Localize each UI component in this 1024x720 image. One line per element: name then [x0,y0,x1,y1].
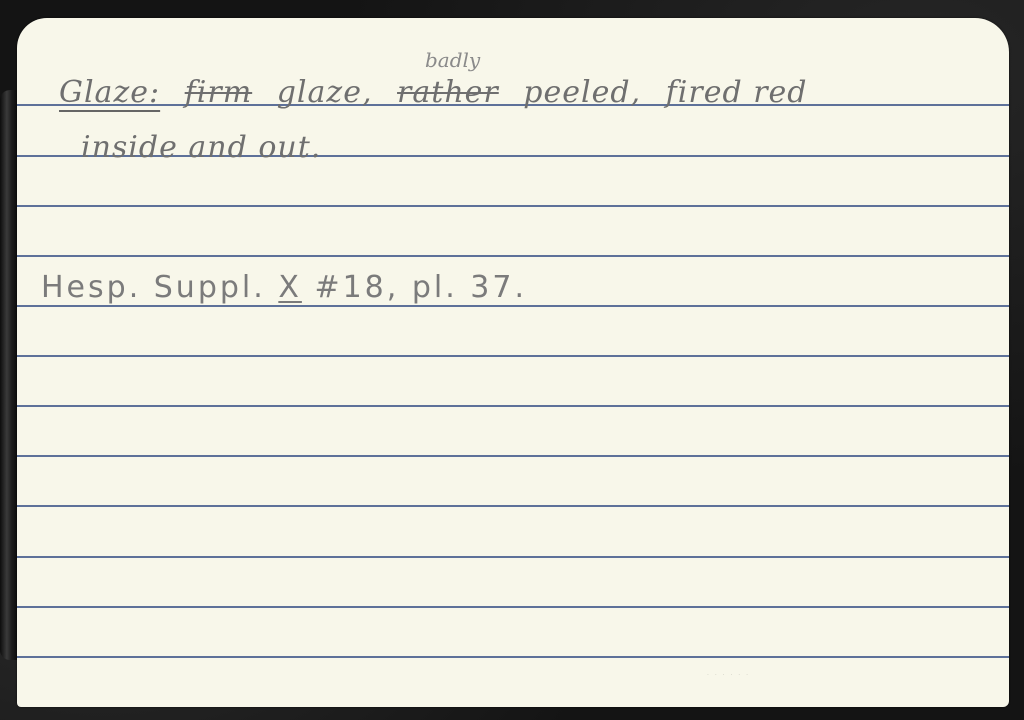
word-glaze: glaze, [277,75,373,110]
index-card: badly Glaze: firm glaze, rather peeled, … [17,18,1009,707]
handwritten-insertion: badly [425,48,480,72]
handwritten-line-2: inside and out. [81,130,321,165]
bibliographic-reference: Hesp. Suppl. X #18, pl. 37. [41,270,527,305]
reference-volume: X [278,270,302,305]
ruled-line [17,255,1009,257]
ruled-line [17,606,1009,608]
ruled-line [17,656,1009,658]
ruled-line [17,556,1009,558]
handwritten-line-1: Glaze: firm glaze, rather peeled, fired … [59,75,822,110]
ruled-line [17,455,1009,457]
card-holder-edge [0,90,17,660]
ruled-line [17,305,1009,307]
ruled-line [17,205,1009,207]
word-fired-red: fired red [666,75,808,110]
struck-word-firm: firm [185,75,253,110]
reference-suffix: #18, pl. 37. [314,270,527,305]
ruled-line [17,355,1009,357]
faint-stamp-mark: · · · · · · [707,672,750,679]
reference-prefix: Hesp. Suppl. [41,270,266,305]
struck-word-rather: rather [397,75,499,110]
ruled-line [17,505,1009,507]
glaze-label: Glaze: [59,75,160,110]
ruled-line [17,405,1009,407]
word-peeled: peeled, [523,75,641,110]
